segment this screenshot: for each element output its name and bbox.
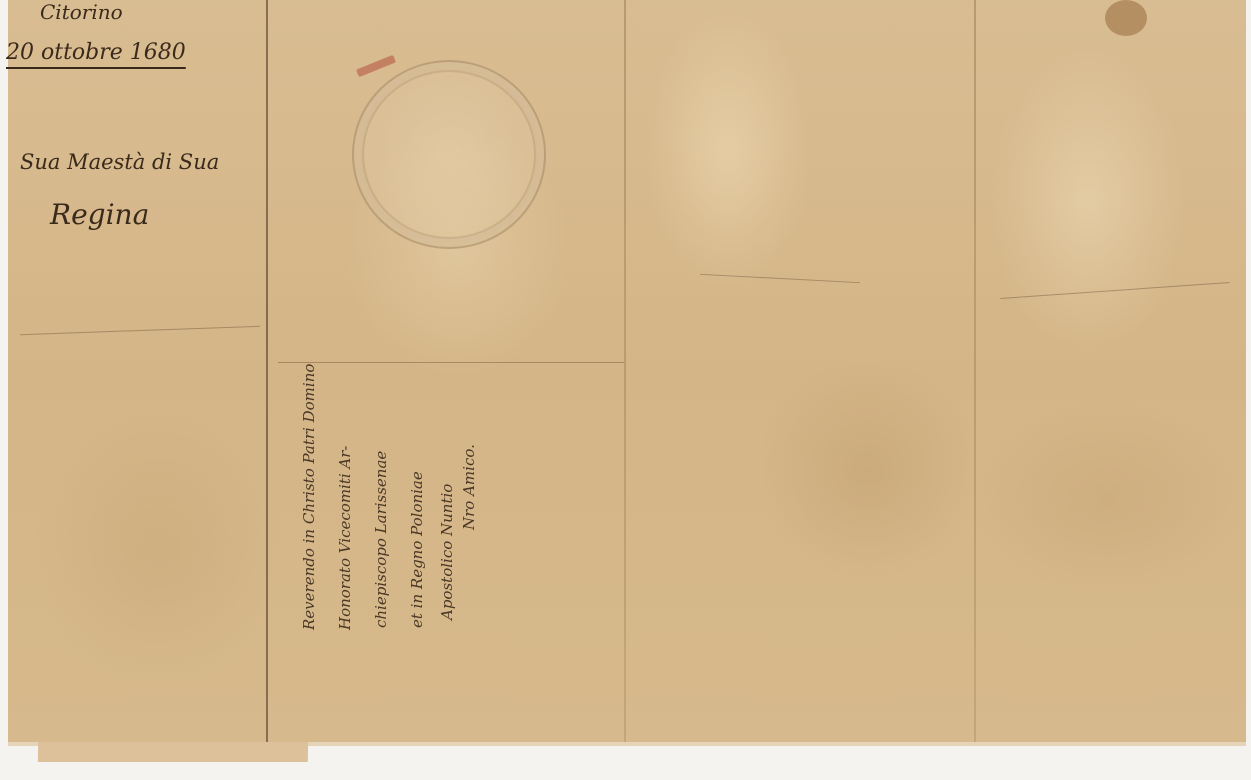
address-line-5: Apostolico Nuntio [438, 484, 456, 620]
ink-stain [1105, 0, 1147, 36]
fold-line-2 [624, 0, 626, 742]
header-place: Citorino [40, 0, 123, 24]
manuscript-paper [8, 0, 1246, 742]
embossed-seal [352, 60, 546, 249]
fold-line-3 [974, 0, 976, 742]
address-block: Reverendo in Christo Patri Domino Honora… [290, 360, 550, 640]
endorsement-line-2: Regina [50, 198, 149, 231]
address-line-4: et in Regno Poloniae [408, 471, 426, 628]
address-line-1: Reverendo in Christo Patri Domino [300, 364, 318, 630]
paper-bottom-flap [38, 742, 308, 762]
header-date: 20 ottobre 1680 [6, 40, 186, 65]
fold-line-1 [266, 0, 268, 742]
endorsement-line-1: Sua Maestà di Sua [20, 150, 219, 174]
address-line-2: Honorato Vicecomiti Ar- [336, 445, 354, 630]
address-line-6: Nro Amico. [460, 444, 478, 530]
address-line-3: chiepiscopo Larissenae [372, 451, 390, 628]
